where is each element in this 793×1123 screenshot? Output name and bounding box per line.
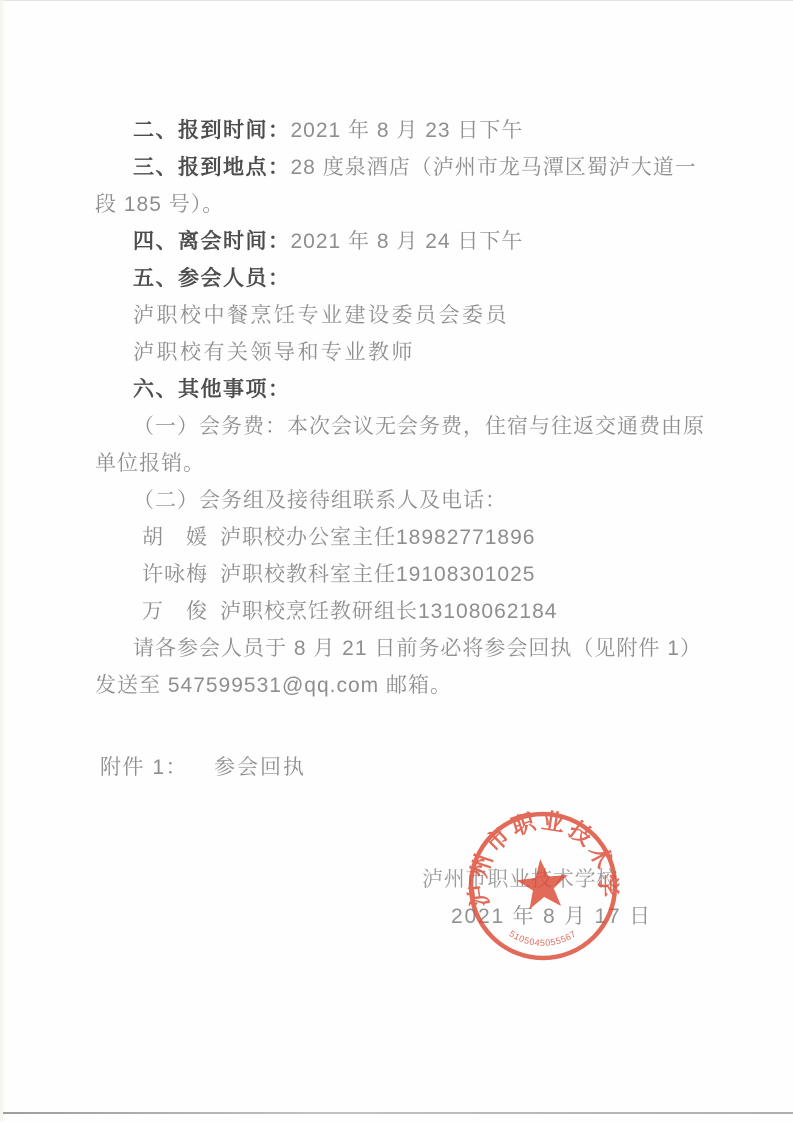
attachment-label: 附件 1： [100,756,188,779]
notice-body: 二、报到时间：2021 年 8 月 23 日下午 三、报到地点：28 度泉酒店（… [95,112,713,704]
contacts-heading: （二）会务组及接待组联系人及电话： [95,482,713,519]
reply-paragraph-line-2: 发送至 547599531@qq.com 邮箱。 [95,667,713,704]
item-departure-time-value: 2021 年 8 月 24 日下午 [291,230,524,253]
item-departure-time: 四、离会时间：2021 年 8 月 24 日下午 [95,223,713,260]
item-other-heading: 六、其他事项： [95,371,713,408]
seal-code-arc-textpath: 5105045055567 [507,928,577,948]
signature-organization: 泸州市职业技术学校 [422,863,618,893]
contact-name: 许咏梅 [142,556,220,593]
attachment-value: 参会回执 [214,756,306,779]
scan-bottom-edge [3,1112,793,1114]
contact-title: 泸职校办公室主任 [220,526,396,549]
reply-paragraph-line-1: 请各参会人员于 8 月 21 日前务必将参会回执（见附件 1） [95,630,713,667]
seal-org-arc-textpath: 泸州市职业技术学校 [463,806,621,909]
contact-name: 万 俊 [142,593,220,630]
seal-code-arc-text: 5105045055567 [507,928,577,948]
contact-phone: 19108301025 [396,556,535,593]
item-checkin-place-value-2: 段 185 号）。 [95,186,713,223]
fee-paragraph-line-1: （一）会务费：本次会议无会务费，住宿与往返交通费由原 [95,408,713,445]
attendee-group-2: 泸职校有关领导和专业教师 [95,334,713,371]
contact-title: 泸职校教科室主任 [220,563,396,586]
item-checkin-time-value: 2021 年 8 月 23 日下午 [291,119,524,142]
attachment-line: 附件 1：参会回执 [100,749,306,786]
fee-paragraph-line-2: 单位报销。 [95,445,713,482]
scan-top-edge [0,0,793,1]
contact-row: 许咏梅泸职校教科室主任19108301025 [95,556,713,593]
contact-row: 万 俊泸职校烹饪教研组长13108062184 [95,593,713,630]
item-checkin-place-value-1: 28 度泉酒店（泸州市龙马潭区蜀泸大道一 [291,156,697,179]
contact-row: 胡 媛泸职校办公室主任18982771896 [95,519,713,556]
item-checkin-time: 二、报到时间：2021 年 8 月 23 日下午 [95,112,713,149]
contact-phone: 18982771896 [396,519,535,556]
signature-date: 2021 年 8 月 17 日 [451,900,652,930]
item-attendees-heading: 五、参会人员： [95,260,713,297]
contact-name: 胡 媛 [142,519,220,556]
scan-left-tint [0,0,6,1121]
contact-title: 泸职校烹饪教研组长 [220,600,418,623]
attendee-group-1: 泸职校中餐烹饪专业建设委员会委员 [95,297,713,334]
seal-org-arc-text: 泸州市职业技术学校 [463,806,621,909]
item-checkin-time-label: 二、报到时间： [133,119,291,142]
contact-phone: 13108062184 [418,593,557,630]
item-departure-time-label: 四、离会时间： [133,230,291,253]
item-checkin-place: 三、报到地点：28 度泉酒店（泸州市龙马潭区蜀泸大道一 [95,149,713,186]
item-checkin-place-label: 三、报到地点： [133,156,291,179]
